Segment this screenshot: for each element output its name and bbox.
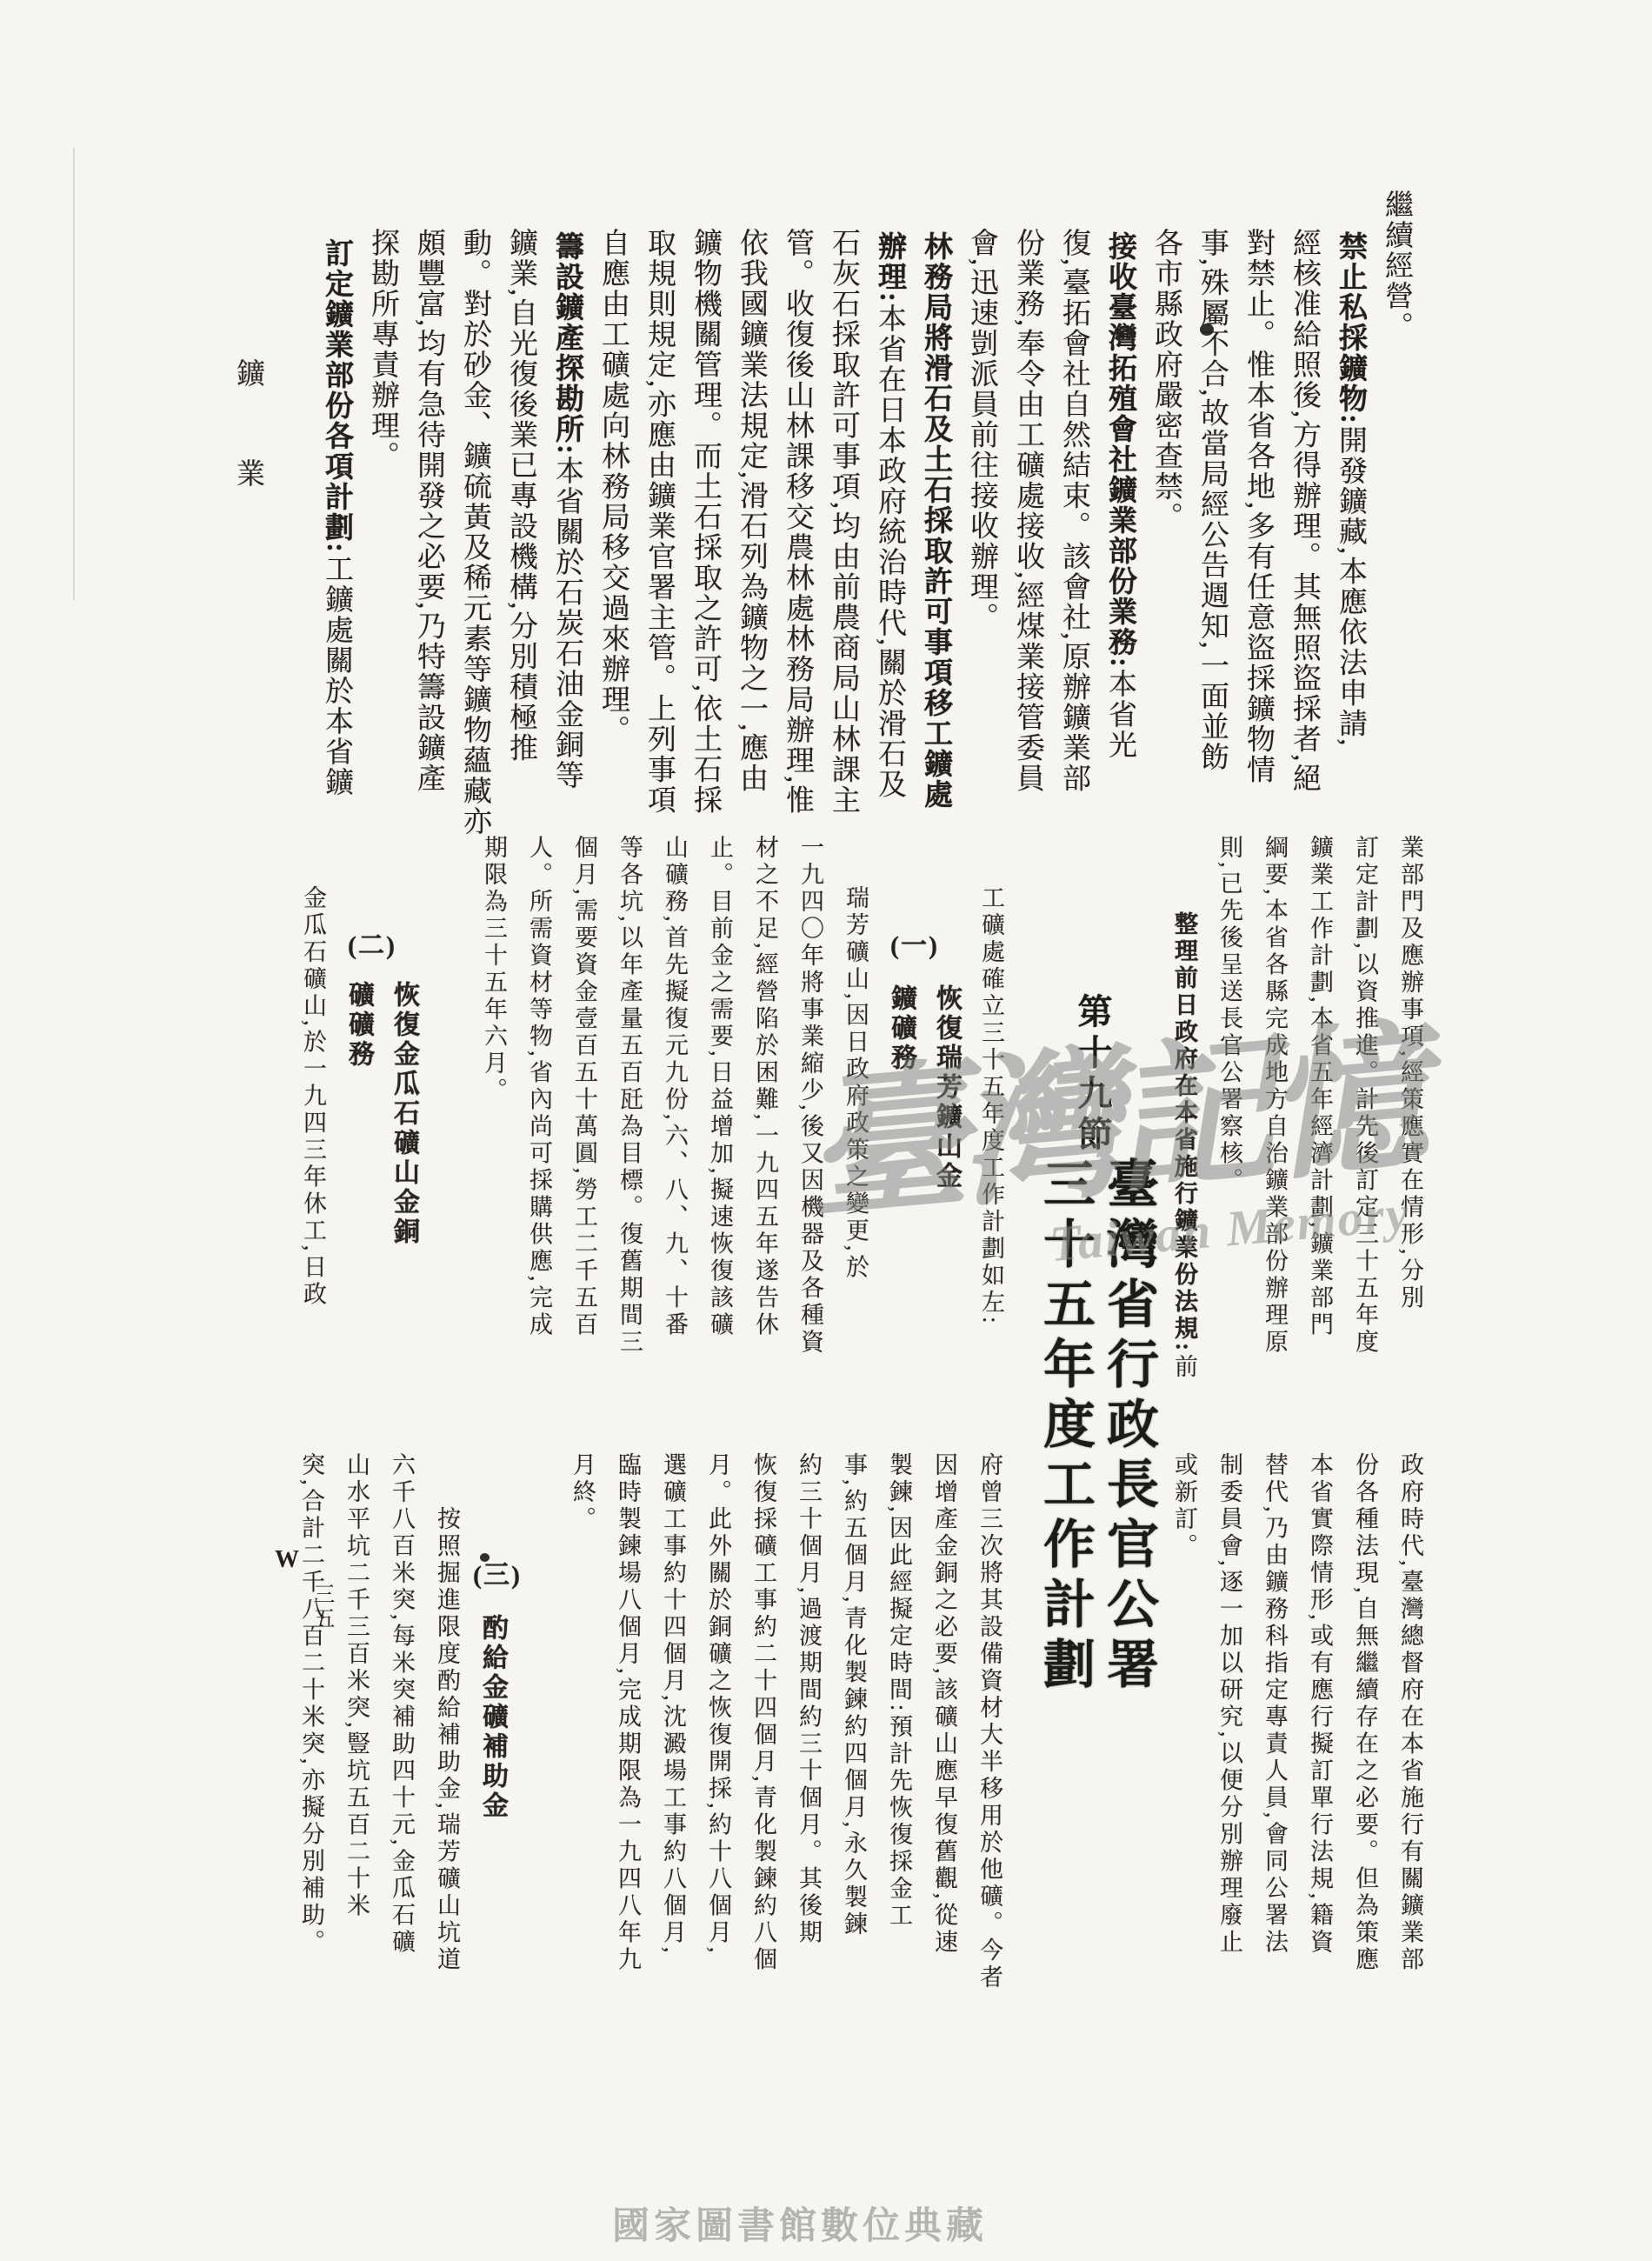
right-text-block-upper: 業部門及應辦事項,經策應實在情形,分別訂定計劃,以資推進。計先後訂定三十五年度鑛… [1160,835,1433,1413]
text-column: 山礦務,首先擬復元九份,六、八、九、十番 [652,835,697,1413]
text-column: 鑛業工作計劃,本省五年經濟計劃,鑛業部門 [1297,835,1342,1413]
text-column: 份業務,奉令由工礦處接收,經煤業接管委員 [1004,190,1050,833]
text-column: 頗豐富,均有急待開發之必要,乃特籌設鑛產 [405,190,451,833]
text-column: 選礦工事約十四個月,沈澱場工事約八個月, [650,1452,696,2022]
text-column: 因增產金銅之必要,該礦山應早復舊觀,從速 [922,1452,967,2022]
text-column: 材之不足,經營陷於困難,一九四五年遂告休 [743,835,788,1413]
text-column: 制委員會,逐一加以研究,以便分別辦理廢止 [1207,1452,1252,2018]
text-column: 一九四〇年將事業縮少,後又因機器及各種資 [788,835,833,1413]
margin-label: 鑛業 [228,358,269,584]
text-column: 取規則規定,亦應由鑛業官署主管。上列事項 [636,190,682,833]
text-column: 製鍊,因此經擬定時間:預計先恢復採金工 [876,1452,922,2022]
archive-caption: 國家圖書館數位典藏 [612,2197,988,2250]
text-column: 石灰石採取許可事項,均由前農商局山林課主 [820,190,866,833]
text-column: 各市縣政府嚴密查禁。 [1142,190,1189,833]
text-column: 訂定計劃,以資推進。計先後訂定三十五年度 [1342,835,1388,1413]
text-column: 訂定鑛業部份各項計劃:工鑛處關於本省鑛 [313,190,359,833]
text-column: 六千八百米突,每米突補助四十元,金瓜石礦 [379,1452,424,2022]
text-column: 或新訂。 [1162,1452,1207,2018]
text-column: 動。對於砂金、鑛硫黃及稀元素等鑛物蘊藏亦 [451,190,497,833]
scanned-document-page: 繼續經營。禁止私採鑛物:開發鑛藏,本應依法申請,經核准給照後,方得辦理。其無照盜… [0,0,1652,2261]
text-column: 月終。 [560,1452,605,2022]
text-column: 人。所需資材等物,省內尚可採購供應,完成 [516,835,562,1413]
text-column: 山水平坑二千三百米突,豎坑五百二十米 [334,1452,379,2022]
text-column: 工礦處確立三十五年度工作計劃如左: [969,835,1014,1413]
text-column: 瑞芳礦山,因日政府政策之變更,於 [833,835,878,1413]
text-column: 按照掘進限度酌給補助金,瑞芳礦山坑道 [424,1452,470,2022]
text-column: 恢復瑞芳鑛山金 [923,835,969,1413]
text-column: 繼續經營。 [1373,190,1419,833]
text-column: 個月,需要資金壹百五十萬圓,勞工二千五百 [562,835,607,1413]
top-text-block: 繼續經營。禁止私採鑛物:開發鑛藏,本應依法申請,經核准給照後,方得辦理。其無照盜… [311,190,1419,833]
text-column: 礦礦務 [336,835,381,1413]
text-column: 業部門及應辦事項,經策應實在情形,分別 [1388,835,1433,1413]
text-column: 約三十個月,過渡期間約三十個月。其後期 [786,1452,831,2022]
text-column: 籌設鑛產探勘所:本省關於石炭石油金銅等 [543,190,590,833]
text-column: 事,殊屬不合,故當局經公告週知,一面並飭 [1189,190,1235,833]
text-column: 對禁止。惟本省各地,多有任意盜採鑛物情 [1235,190,1281,833]
scan-blemish-dot [480,1553,490,1562]
text-column: 臨時製鍊場八個月,完成期限為一九四八年九 [605,1452,650,2022]
text-column: 探勘所專責辦理。 [359,190,405,833]
text-column: 府曾三次將其設備資材大半移用於他礦。今者 [967,1452,1012,2022]
text-column: 鑛礦務 [878,835,923,1413]
text-column: 等各坑,以年產量五百瓩為目標。復舊期間三 [607,835,652,1413]
chapter-title-right-column: 臺灣省行政長官公署 [1096,1157,1160,1706]
chapter-title-left-column: 三十五年度工作計劃 [1033,1157,1096,1706]
text-column: 事,約五個月,青化製鍊約四個月,永久製鍊 [831,1452,876,2022]
page-number-cjk: 三五 [306,1583,337,1631]
right-text-block-lower: 政府時代,臺灣總督府在本省施行有關鑛業部份各種法現,自無繼續存在之必要。但為策應… [1160,1452,1433,2018]
text-column: 期限為三十五年六月。 [471,835,516,1413]
text-column: 政府時代,臺灣總督府在本省施行有關鑛業部 [1388,1452,1433,2018]
text-column: 辦理:本省在日本政府統治時代,關於滑石及 [866,190,912,833]
scan-blemish-dot [1200,323,1214,336]
text-column: 管。收復後山林課移交農林處林務局辦理,惟 [774,190,820,833]
text-column: 鑛業,自光復後業已專設機構,分別積極推 [497,190,543,833]
main-text-block-upper: 工礦處確立三十五年度工作計劃如左:恢復瑞芳鑛山金鑛礦務瑞芳礦山,因日政府政策之變… [290,835,1014,1413]
text-column: 依我國鑛業法規定,滑石列為鑛物之一,應由 [728,190,774,833]
text-column: 經核准給照後,方得辦理。其無照盜採者,絕 [1281,190,1327,833]
chapter-title: 臺灣省行政長官公署 三十五年度工作計劃 [1031,1157,1160,1706]
text-column: 接收臺灣拓殖會社鑛業部份業務:本省光 [1096,190,1142,833]
spacer-column [515,1452,560,2022]
text-column: 恢復金瓜石礦山金銅 [381,835,426,1413]
text-column: 止。目前金之需要,日益增加,擬速恢復該礦 [697,835,743,1413]
text-column: 會,迅速剴派員前往接收辦理。 [958,190,1004,833]
spacer-column [426,835,471,1413]
text-column: 金瓜石礦山,於一九四三年休工,日政 [290,835,336,1413]
text-column: 自應由工礦處向林務局移交過來辦理。 [590,190,636,833]
text-column: 林務局將滑石及土石採取許可事項移工鑛處 [912,190,958,833]
text-column: 突,合計二千八百二十米突,亦擬分別補助。 [289,1452,334,2022]
subsection-label-2: (二) [348,924,396,962]
page-number: W 三五 [275,1546,336,1642]
text-column: 整理前日政府在本省施行鑛業份法規:前 [1162,835,1207,1413]
text-column: 綱要,本省各縣完成地方自治鑛業部份辦理原 [1252,835,1297,1413]
text-column: 則,已先後呈送長官公署察核。 [1207,835,1252,1413]
text-column: 禁止私採鑛物:開發鑛藏,本應依法申請, [1327,190,1373,833]
text-column: 份各種法現,自無繼續存在之必要。但為策應 [1342,1452,1388,2018]
text-column: 本省實際情形,或有應行擬訂單行法規,籍資 [1297,1452,1342,2018]
text-column: 復,臺拓會社自然結束。該會社,原辦鑛業部 [1050,190,1096,833]
chapter-number-heading: 第十九節 [1068,993,1117,1167]
text-column: 恢復採礦工事約二十四個月,青化製鍊約八個 [741,1452,786,2022]
main-text-block-lower: 府曾三次將其設備資材大半移用於他礦。今者因增產金銅之必要,該礦山應早復舊觀,從速… [289,1452,1012,2022]
binding-crease [73,148,75,600]
page-number-latin: W [275,1546,299,1573]
text-column: 酌給金礦補助金 [470,1452,515,2022]
text-column: 替代,乃由鑛務科指定專責人員,會同公署法 [1252,1452,1297,2018]
text-column: 鑛物機關管理。而土石採取之許可,依土石採 [682,190,728,833]
text-column: 月。此外關於銅礦之恢復開採,約十八個月, [696,1452,741,2022]
subsection-label-1: (一) [890,924,939,962]
